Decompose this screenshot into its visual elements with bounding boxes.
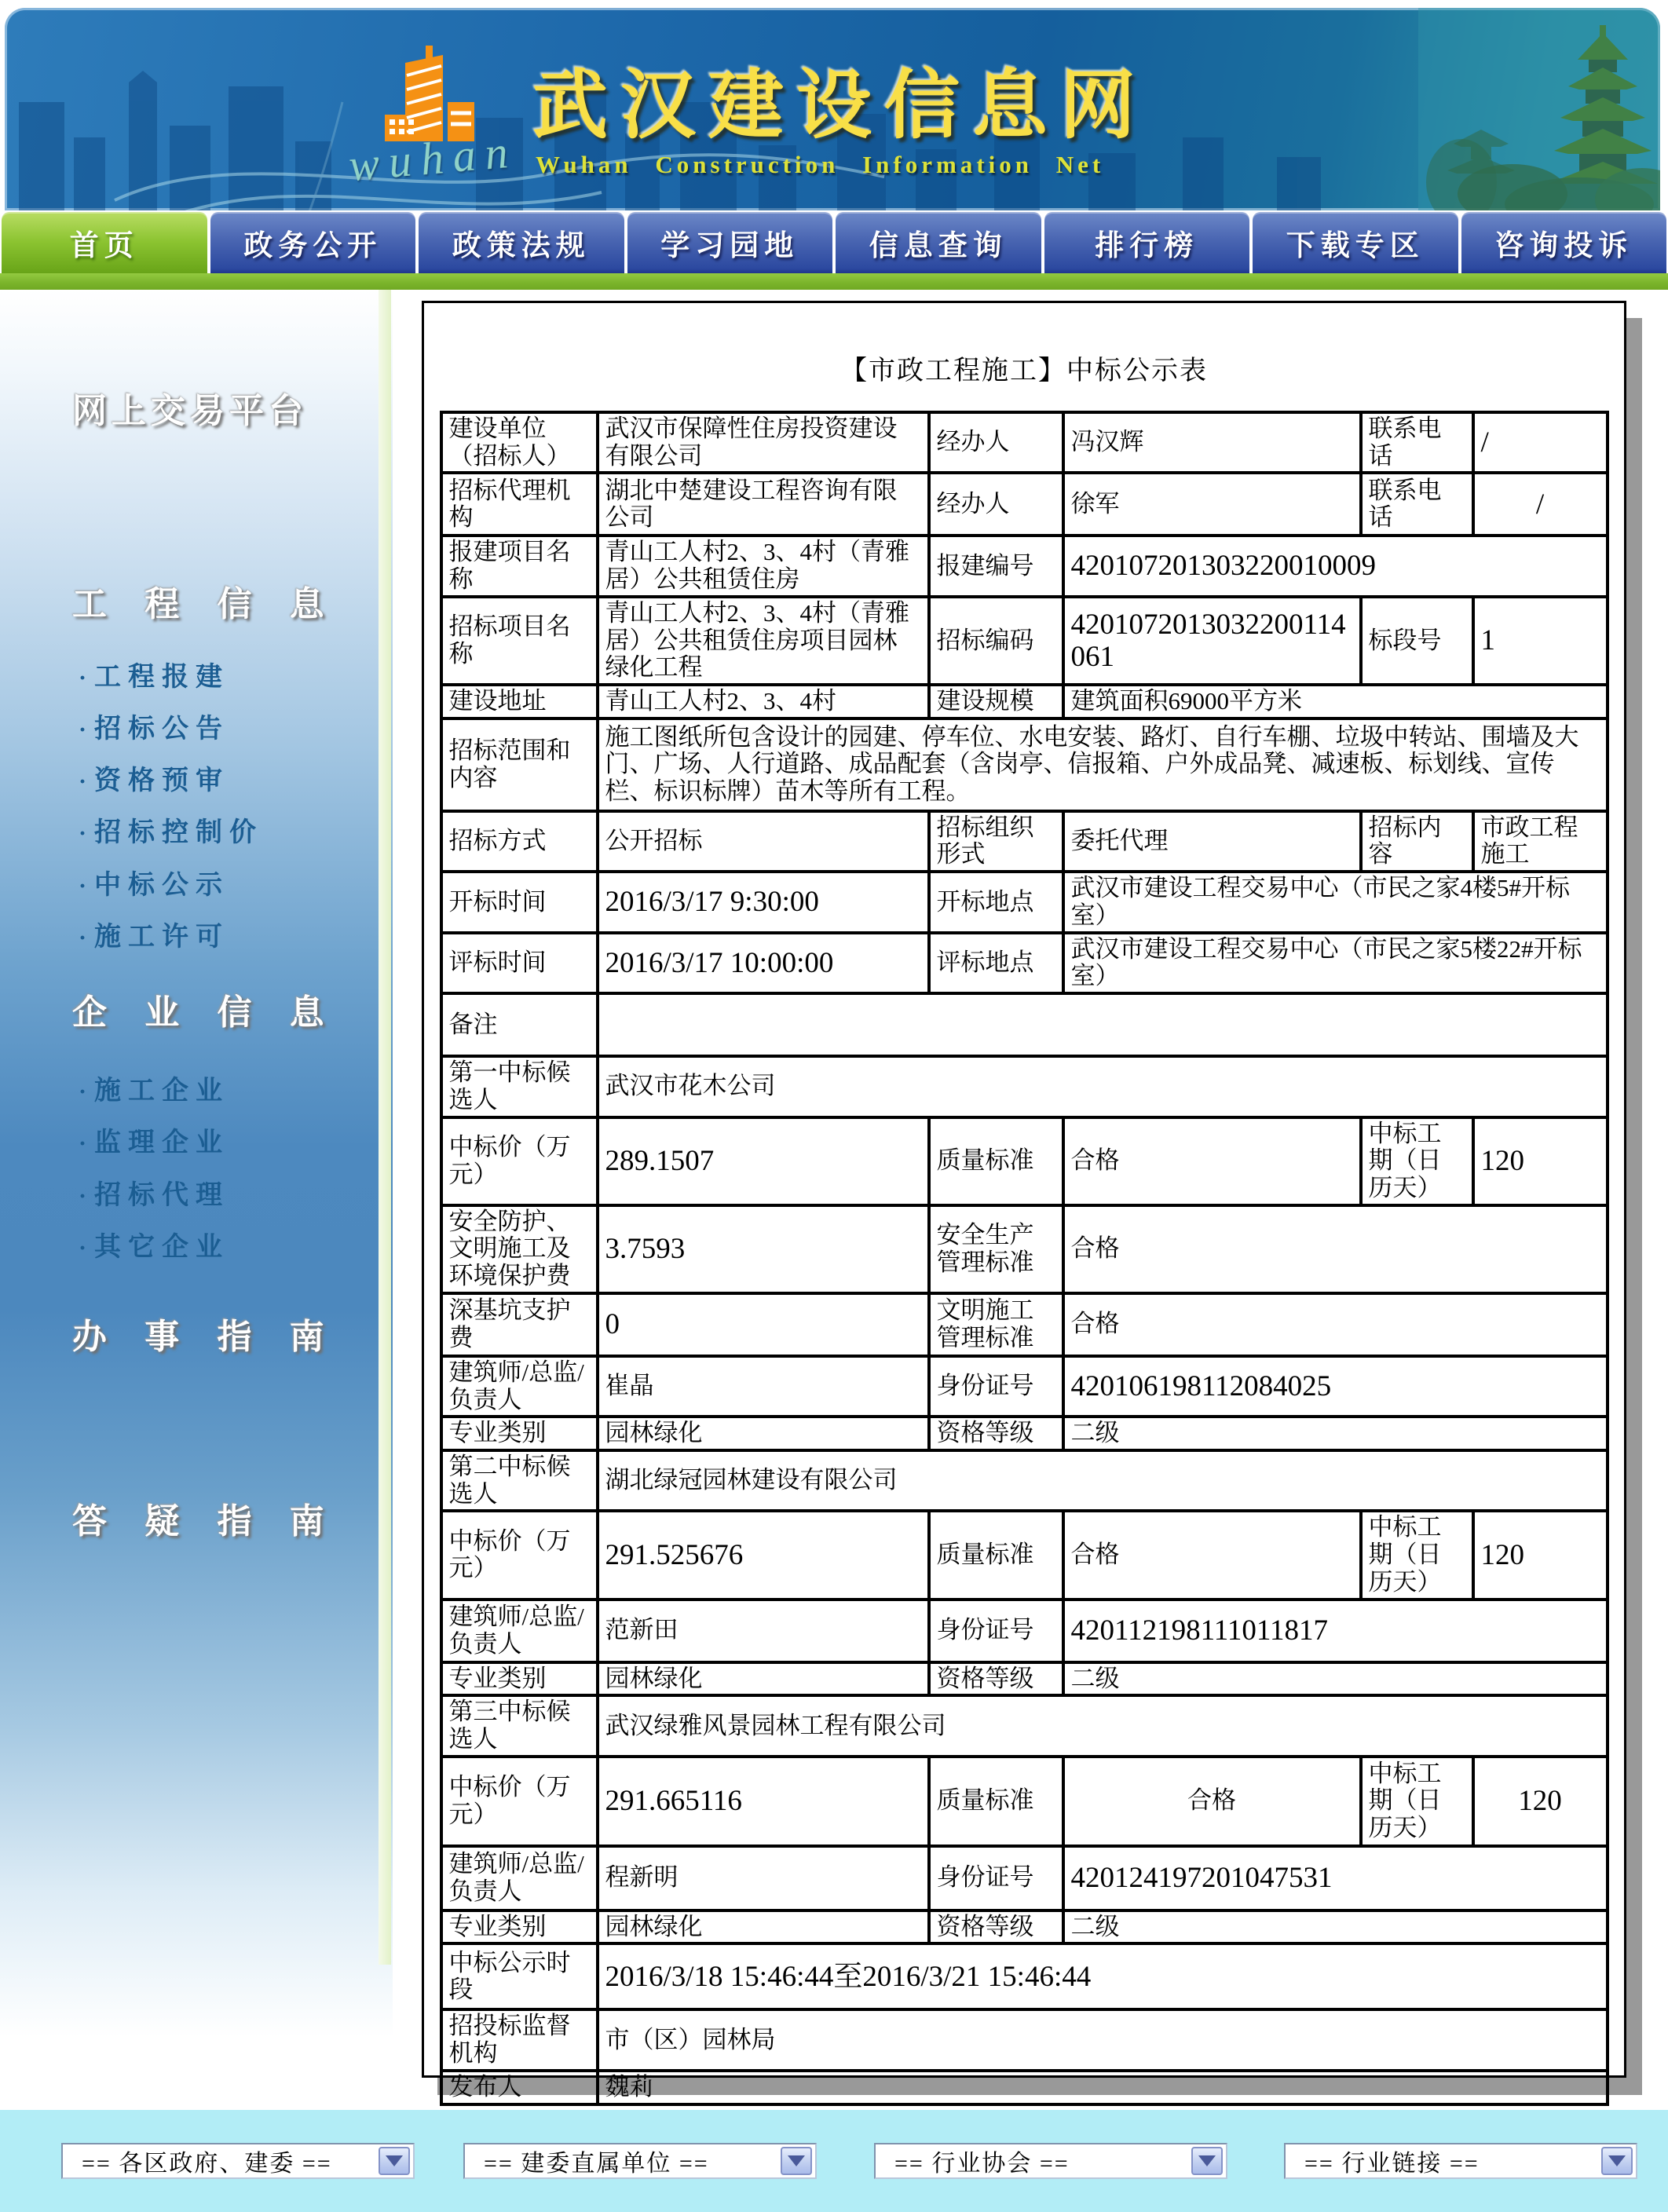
field-label: 报建编号 (929, 536, 1063, 596)
sidebar-link-施工许可[interactable]: ·施工许可 (79, 922, 393, 952)
footer-dropdown-1[interactable]: == 各区政府、建委 == (61, 2143, 415, 2179)
field-label: 联系电话 (1361, 473, 1473, 536)
table-row-3: 报建项目名称青山工人村2、3、4村（青雅居）公共租赁住房报建编号42010720… (441, 536, 1608, 596)
field-label: 文明施工管理标准 (929, 1293, 1063, 1356)
sidebar-link-资格预审[interactable]: ·资格预审 (79, 766, 393, 796)
field-value: / (1473, 412, 1608, 473)
table-row-15: 建筑师/总监/负责人崔晶身份证号420106198112084025 (441, 1356, 1608, 1417)
table-row-7: 招标方式公开招标招标组织形式委托代理招标内容市政工程施工 (441, 811, 1608, 872)
field-value: 园林绿化 (598, 1910, 929, 1944)
sidebar-heading-14: 办 事 指 南 (72, 1318, 393, 1358)
page-title: 【市政工程施工】中标公示表 (424, 349, 1624, 387)
nav-tab-5[interactable]: 信息查询 (836, 212, 1041, 273)
field-label: 身份证号 (929, 1356, 1063, 1417)
field-label: 招标代理机构 (441, 473, 598, 536)
field-value: 青山工人村2、3、4村 (598, 685, 929, 718)
field-label: 招标方式 (441, 811, 598, 872)
field-value: 2016/3/18 15:46:44至2016/3/21 15:46:44 (598, 1943, 1608, 2009)
field-label: 专业类别 (441, 1662, 598, 1696)
table-row-10: 备注 (441, 993, 1608, 1056)
field-value: 3.7593 (598, 1205, 929, 1293)
bid-table-body: 建设单位（招标人）武汉市保障性住房投资建设有限公司经办人冯汉辉联系电话/招标代理… (441, 412, 1608, 2104)
table-row-13: 安全防护、文明施工及环境保护费3.7593安全生产管理标准合格 (441, 1205, 1608, 1293)
sidebar-link-招标代理[interactable]: ·招标代理 (79, 1180, 393, 1211)
table-row-21: 第三中标候选人武汉绿雅风景园林工程有限公司 (441, 1695, 1608, 1756)
field-value: 291.525676 (598, 1511, 929, 1599)
field-value: 青山工人村2、3、4村（青雅居）公共租赁住房项目园林绿化工程 (598, 597, 929, 685)
field-value: 120 (1473, 1511, 1608, 1599)
field-label: 中标工期（日历天） (1361, 1511, 1473, 1599)
field-label: 招标项目名称 (441, 597, 598, 685)
table-row-17: 第二中标候选人湖北绿冠园林建设有限公司 (441, 1450, 1608, 1511)
field-label: 中标工期（日历天） (1361, 1117, 1473, 1205)
field-value: 湖北中楚建设工程咨询有限公司 (598, 473, 929, 536)
sidebar-link-招标控制价[interactable]: ·招标控制价 (79, 817, 393, 848)
bullet-icon: · (79, 1131, 86, 1157)
field-value: 291.665116 (598, 1757, 929, 1846)
field-value: 市（区）园林局 (598, 2009, 1608, 2070)
table-row-9: 评标时间2016/3/17 10:00:00评标地点武汉市建设工程交易中心（市民… (441, 933, 1608, 993)
bid-publicity-table: 建设单位（招标人）武汉市保障性住房投资建设有限公司经办人冯汉辉联系电话/招标代理… (440, 411, 1609, 2106)
field-label: 开标时间 (441, 872, 598, 932)
table-row-11: 第一中标候选人武汉市花木公司 (441, 1056, 1608, 1117)
field-label: 专业类别 (441, 1910, 598, 1944)
field-value: 120 (1473, 1757, 1608, 1846)
sidebar-edge-strip (379, 290, 391, 1965)
table-row-14: 深基坑支护费0文明施工管理标准合格 (441, 1293, 1608, 1356)
field-value: 1 (1473, 597, 1608, 685)
sidebar-heading-1: 网上交易平台 (72, 392, 393, 432)
field-label: 身份证号 (929, 1600, 1063, 1662)
field-label: 评标时间 (441, 933, 598, 993)
field-value: 4201072013032200114061 (1063, 597, 1361, 685)
nav-tab-2[interactable]: 政务公开 (210, 212, 416, 273)
bullet-icon: · (79, 717, 86, 743)
nav-green-band (0, 273, 1668, 290)
field-label: 经办人 (929, 473, 1063, 536)
sidebar-link-监理企业[interactable]: ·监理企业 (79, 1128, 393, 1158)
table-row-8: 开标时间2016/3/17 9:30:00开标地点武汉市建设工程交易中心（市民之… (441, 872, 1608, 932)
field-value: 合格 (1063, 1205, 1608, 1293)
bullet-icon: · (79, 769, 86, 795)
dropdown-selected-label: == 行业链接 == (1304, 2144, 1480, 2178)
field-label: 招标范围和内容 (441, 718, 598, 811)
field-label: 中标价（万元） (441, 1511, 598, 1599)
field-label: 招标编码 (929, 597, 1063, 685)
table-row-24: 专业类别园林绿化资格等级二级 (441, 1910, 1608, 1944)
field-value: 徐军 (1063, 473, 1361, 536)
field-label: 开标地点 (929, 872, 1063, 932)
dropdown-selected-label: == 行业协会 == (894, 2144, 1070, 2178)
table-row-16: 专业类别园林绿化资格等级二级 (441, 1417, 1608, 1450)
field-value: 2016/3/17 9:30:00 (598, 872, 929, 932)
field-label: 资格等级 (929, 1417, 1063, 1450)
field-value: 120 (1473, 1117, 1608, 1205)
field-label: 第一中标候选人 (441, 1056, 598, 1117)
field-label: 中标价（万元） (441, 1117, 598, 1205)
bullet-icon: · (79, 873, 86, 899)
sidebar-heading-2: 工 程 信 息 (72, 585, 393, 625)
field-label: 身份证号 (929, 1846, 1063, 1910)
table-row-1: 建设单位（招标人）武汉市保障性住房投资建设有限公司经办人冯汉辉联系电话/ (441, 412, 1608, 473)
chevron-down-icon[interactable] (1191, 2147, 1223, 2175)
table-row-18: 中标价（万元）291.525676质量标准合格中标工期（日历天）120 (441, 1511, 1608, 1599)
field-label: 经办人 (929, 412, 1063, 473)
sidebar: 网上交易平台工 程 信 息·工程报建·招标公告·资格预审·招标控制价·中标公示·… (0, 290, 393, 2110)
field-value: 420124197201047531 (1063, 1846, 1608, 1910)
bullet-icon: · (79, 925, 86, 951)
chevron-down-icon[interactable] (379, 2147, 410, 2175)
field-value: 武汉市保障性住房投资建设有限公司 (598, 412, 929, 473)
field-value: / (1473, 473, 1608, 536)
nav-tab-8[interactable]: 咨询投诉 (1461, 212, 1667, 273)
field-label: 质量标准 (929, 1117, 1063, 1205)
table-row-26: 招投标监督机构市（区）园林局 (441, 2009, 1608, 2070)
field-label: 中标公示时段 (441, 1943, 598, 2009)
field-value: 420107201303220010009 (1063, 536, 1608, 596)
field-label: 备注 (441, 993, 598, 1056)
bullet-icon: · (79, 1079, 86, 1105)
field-value: 范新田 (598, 1600, 929, 1662)
sidebar-link-其它企业[interactable]: ·其它企业 (79, 1232, 393, 1263)
footer-dropdown-4[interactable]: == 行业链接 == (1284, 2143, 1637, 2179)
nav-tab-6[interactable]: 排行榜 (1044, 212, 1250, 273)
field-label: 质量标准 (929, 1511, 1063, 1599)
sidebar-link-工程报建[interactable]: ·工程报建 (79, 662, 393, 693)
sidebar-link-施工企业[interactable]: ·施工企业 (79, 1076, 393, 1106)
field-label: 安全防护、文明施工及环境保护费 (441, 1205, 598, 1293)
field-value: 武汉绿雅风景园林工程有限公司 (598, 1695, 1608, 1756)
field-value: 420112198111011817 (1063, 1600, 1608, 1662)
main-nav: 首页政务公开政策法规学习园地信息查询排行榜下载专区咨询投诉 (0, 212, 1668, 273)
field-label: 联系电话 (1361, 412, 1473, 473)
field-value: 合格 (1063, 1293, 1608, 1356)
field-label: 建筑师/总监/负责人 (441, 1600, 598, 1662)
field-value: 420106198112084025 (1063, 1356, 1608, 1417)
bullet-icon: · (79, 1183, 86, 1209)
field-value: 二级 (1063, 1910, 1608, 1944)
field-value: 289.1507 (598, 1117, 929, 1205)
table-row-2: 招标代理机构湖北中楚建设工程咨询有限公司经办人徐军联系电话/ (441, 473, 1608, 536)
sidebar-heading-15: 答 疑 指 南 (72, 1502, 393, 1542)
site-title-english: Wuhan Construction Information Net (536, 151, 1104, 179)
content-panel: 【市政工程施工】中标公示表 建设单位（招标人）武汉市保障性住房投资建设有限公司经… (422, 301, 1626, 2078)
table-row-6: 招标范围和内容施工图纸所包含设计的园建、停车位、水电安装、路灯、自行车棚、垃圾中… (441, 718, 1608, 811)
field-value: 委托代理 (1063, 811, 1361, 872)
field-value: 崔晶 (598, 1356, 929, 1417)
field-value: 建筑面积69000平方米 (1063, 685, 1608, 718)
field-value: 二级 (1063, 1417, 1608, 1450)
table-row-5: 建设地址青山工人村2、3、4村建设规模建筑面积69000平方米 (441, 685, 1608, 718)
dropdown-selected-label: == 各区政府、建委 == (82, 2144, 332, 2178)
field-label: 招标组织形式 (929, 811, 1063, 872)
field-label: 招投标监督机构 (441, 2009, 598, 2070)
field-label: 建设单位（招标人） (441, 412, 598, 473)
sidebar-link-中标公示[interactable]: ·中标公示 (79, 870, 393, 901)
field-value: 0 (598, 1293, 929, 1356)
table-row-27: 发布人魏莉 (441, 2071, 1608, 2104)
footer-links-bar: == 各区政府、建委 ==== 建委直属单位 ==== 行业协会 ==== 行业… (0, 2110, 1668, 2212)
bullet-icon: · (79, 665, 86, 691)
field-label: 标段号 (1361, 597, 1473, 685)
field-label: 中标工期（日历天） (1361, 1757, 1473, 1846)
nav-tab-7[interactable]: 下载专区 (1253, 212, 1458, 273)
field-label: 招标内容 (1361, 811, 1473, 872)
field-label: 建筑师/总监/负责人 (441, 1356, 598, 1417)
table-row-23: 建筑师/总监/负责人程新明身份证号420124197201047531 (441, 1846, 1608, 1910)
field-value: 武汉市建设工程交易中心（市民之家5楼22#开标室） (1063, 933, 1608, 993)
field-label: 评标地点 (929, 933, 1063, 993)
table-row-4: 招标项目名称青山工人村2、3、4村（青雅居）公共租赁住房项目园林绿化工程招标编码… (441, 597, 1608, 685)
table-row-25: 中标公示时段2016/3/18 15:46:44至2016/3/21 15:46… (441, 1943, 1608, 2009)
nav-tab-4[interactable]: 学习园地 (627, 212, 833, 273)
sidebar-link-招标公告[interactable]: ·招标公告 (79, 714, 393, 744)
field-label: 报建项目名称 (441, 536, 598, 596)
dropdown-selected-label: == 建委直属单位 == (484, 2144, 709, 2178)
table-row-20: 专业类别园林绿化资格等级二级 (441, 1662, 1608, 1696)
header-banner: wuhan 武汉建设信息网 Wuhan Construction Informa… (5, 8, 1660, 210)
field-label: 建设规模 (929, 685, 1063, 718)
footer-dropdown-3[interactable]: == 行业协会 == (874, 2143, 1227, 2179)
nav-tab-3[interactable]: 政策法规 (419, 212, 624, 273)
field-value: 武汉市花木公司 (598, 1056, 1608, 1117)
field-value: 合格 (1063, 1117, 1361, 1205)
field-value: 园林绿化 (598, 1662, 929, 1696)
field-label: 资格等级 (929, 1662, 1063, 1696)
field-value: 青山工人村2、3、4村（青雅居）公共租赁住房 (598, 536, 929, 596)
table-row-22: 中标价（万元）291.665116质量标准合格中标工期（日历天）120 (441, 1757, 1608, 1846)
field-value: 魏莉 (598, 2071, 1608, 2104)
field-label: 建设地址 (441, 685, 598, 718)
field-label: 中标价（万元） (441, 1757, 598, 1846)
bullet-icon: · (79, 821, 86, 846)
field-value: 合格 (1063, 1511, 1361, 1599)
field-label: 专业类别 (441, 1417, 598, 1450)
field-value: 市政工程施工 (1473, 811, 1608, 872)
field-value: 园林绿化 (598, 1417, 929, 1450)
chevron-down-icon[interactable] (1601, 2147, 1633, 2175)
field-label: 第二中标候选人 (441, 1450, 598, 1511)
field-label: 深基坑支护费 (441, 1293, 598, 1356)
field-value: 二级 (1063, 1662, 1608, 1696)
field-value: 公开招标 (598, 811, 929, 872)
building-logo-icon (385, 46, 474, 141)
footer-dropdown-2[interactable]: == 建委直属单位 == (463, 2143, 817, 2179)
site-title: 武汉建设信息网 (532, 46, 1148, 153)
field-label: 建筑师/总监/负责人 (441, 1846, 598, 1910)
field-label: 质量标准 (929, 1757, 1063, 1846)
field-value: 程新明 (598, 1846, 929, 1910)
field-label: 安全生产管理标准 (929, 1205, 1063, 1293)
table-row-12: 中标价（万元）289.1507质量标准合格中标工期（日历天）120 (441, 1117, 1608, 1205)
field-value: 冯汉辉 (1063, 412, 1361, 473)
field-value: 施工图纸所包含设计的园建、停车位、水电安装、路灯、自行车棚、垃圾中转站、围墙及大… (598, 718, 1608, 811)
field-label: 发布人 (441, 2071, 598, 2104)
chevron-down-icon[interactable] (781, 2147, 812, 2175)
field-label: 资格等级 (929, 1910, 1063, 1944)
nav-tab-1[interactable]: 首页 (2, 212, 207, 273)
field-value: 2016/3/17 10:00:00 (598, 933, 929, 993)
bullet-icon: · (79, 1235, 86, 1261)
field-value: 合格 (1063, 1757, 1361, 1846)
field-label: 第三中标候选人 (441, 1695, 598, 1756)
table-row-19: 建筑师/总监/负责人范新田身份证号420112198111011817 (441, 1600, 1608, 1662)
field-value: 湖北绿冠园林建设有限公司 (598, 1450, 1608, 1511)
field-value: 武汉市建设工程交易中心（市民之家4楼5#开标室） (1063, 872, 1608, 932)
field-value (598, 993, 1608, 1056)
sidebar-heading-9: 企 业 信 息 (72, 993, 393, 1033)
